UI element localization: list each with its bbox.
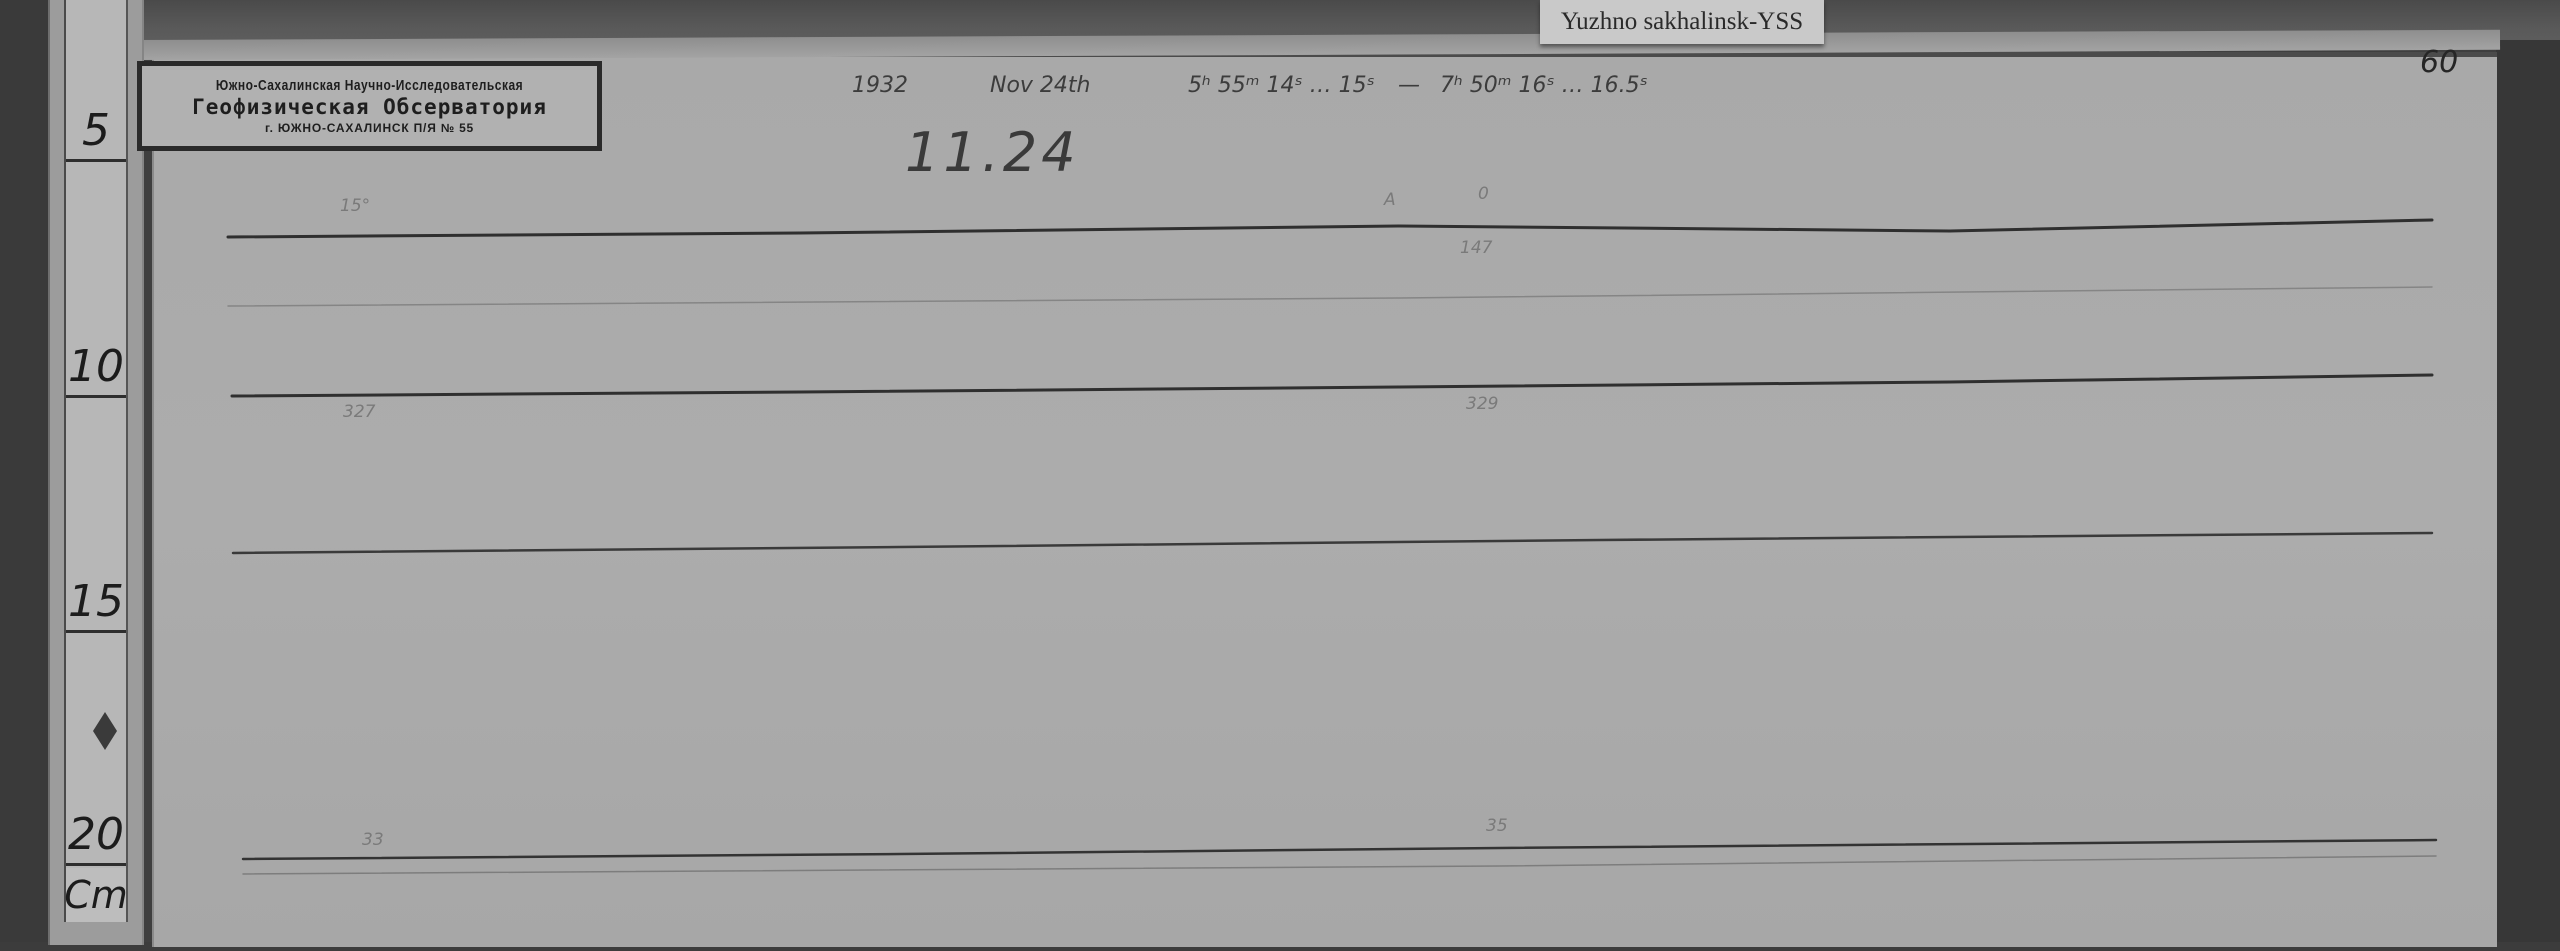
annotation-trace2-mid: 329 xyxy=(1466,396,1498,413)
ruler-mark-5: 5 xyxy=(66,0,126,162)
annotation-trace4-mid: 35 xyxy=(1486,818,1508,835)
annotation-trace1-left: 15° xyxy=(340,198,370,215)
annotation-trace1-below: 147 xyxy=(1460,240,1492,257)
record-number: 11.24 xyxy=(905,126,1080,180)
annotation-trace1-mid-a: A xyxy=(1384,192,1396,209)
header-time-end: 7ʰ 50ᵐ 16ˢ … 16.5ˢ xyxy=(1440,75,1648,97)
header-date: Nov 24th xyxy=(990,75,1091,97)
background-right xyxy=(2496,40,2560,951)
stamp-line-1: Южно-Сахалинская Научно-Исследовательска… xyxy=(216,76,523,93)
header-separator: — xyxy=(1398,75,1420,97)
background-left xyxy=(0,0,48,951)
ruler-mark-10: 10 xyxy=(66,162,126,398)
annotation-trace2-left: 327 xyxy=(343,404,375,421)
stamp-line-2: Геофизическая Обсерватория xyxy=(192,95,547,119)
ruler-mark-15: 15 xyxy=(66,398,126,633)
observatory-stamp: Южно-Сахалинская Научно-Исследовательска… xyxy=(137,61,602,151)
header-year: 1932 xyxy=(852,75,908,97)
ruler-mark-20: 20 xyxy=(66,633,126,866)
header-time-start: 5ʰ 55ᵐ 14ˢ … 15ˢ xyxy=(1188,75,1375,97)
seismogram-sheet xyxy=(152,52,2497,947)
annotation-trace4-left: 33 xyxy=(362,832,384,849)
ruler-unit-label: Cm xyxy=(66,868,126,922)
stamp-line-3: г. ЮЖНО-САХАЛИНСК П/Я № 55 xyxy=(265,121,474,135)
page-number: 60 xyxy=(2420,48,2458,78)
station-label: Yuzhno sakhalinsk-YSS xyxy=(1540,0,1824,44)
cm-ruler: 5 10 15 20 Cm xyxy=(64,0,128,922)
annotation-trace1-mid-b: 0 xyxy=(1478,186,1489,203)
